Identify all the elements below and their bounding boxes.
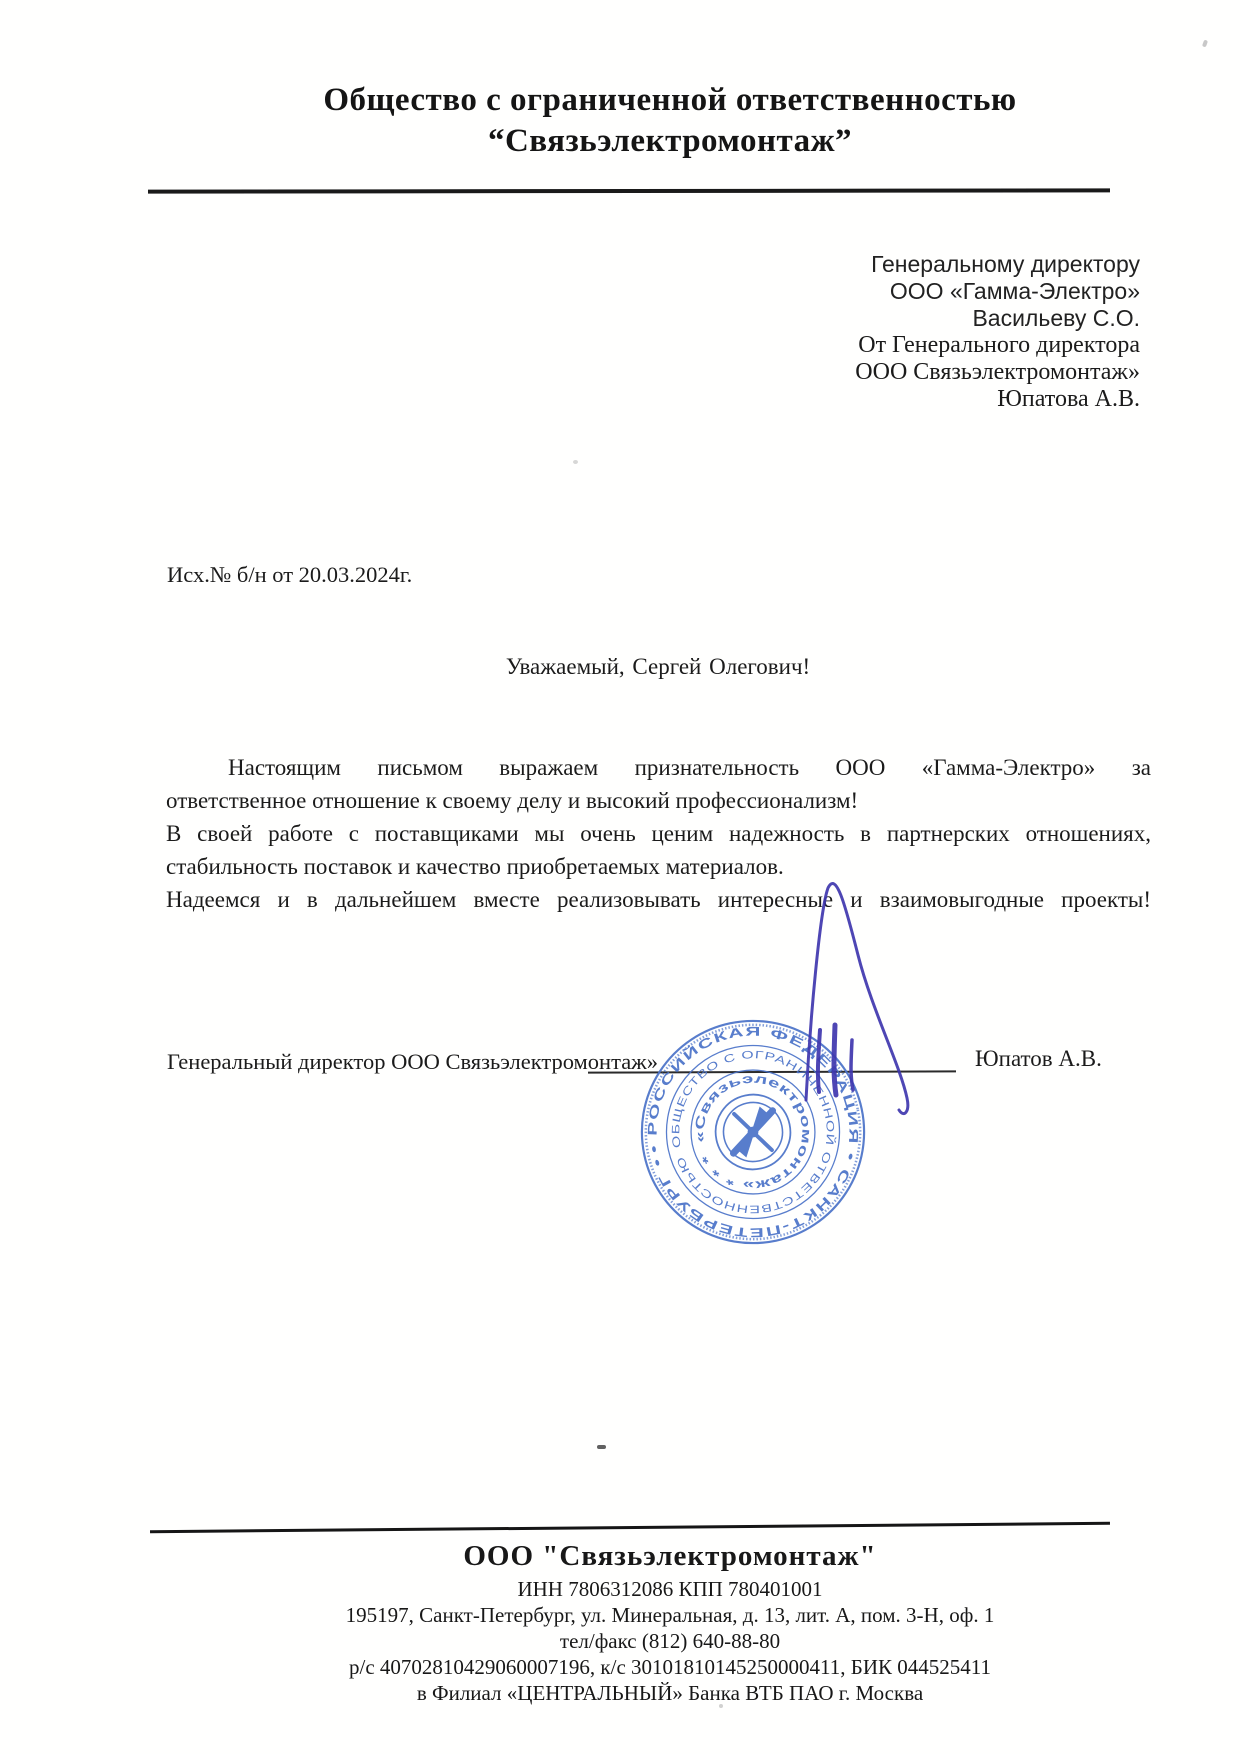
signature-stroke xyxy=(851,1040,853,1090)
stamp-center-emblem xyxy=(718,1097,788,1167)
salutation: Уважаемый, Сергей Олегович! xyxy=(166,654,1150,680)
body-line: Настоящим письмом выражаем признательнос… xyxy=(166,751,1151,784)
signature-stroke xyxy=(834,1025,836,1095)
footer-company-name: ООО "Связьэлектромонтаж" xyxy=(170,1539,1170,1573)
footer-divider-line xyxy=(150,1522,1110,1533)
recipient-from-line: Юпатова А.В. xyxy=(855,386,1140,413)
body-line: В своей работе с поставщиками мы очень ц… xyxy=(166,817,1151,850)
scan-artifact xyxy=(1202,40,1208,48)
recipient-from-line: От Генерального директора xyxy=(855,332,1140,359)
letterhead-title: Общество с ограниченной ответственностью… xyxy=(170,80,1170,162)
letter-body: Настоящим письмом выражаем признательнос… xyxy=(166,751,1151,916)
header-divider-line xyxy=(148,188,1110,193)
letterhead-line2: “Связьэлектромонтаж” xyxy=(170,121,1170,162)
scanned-letter-page: Общество с ограниченной ответственностью… xyxy=(0,0,1240,1754)
letterhead-line1: Общество с ограниченной ответственностью xyxy=(170,80,1170,121)
recipient-to-line: Генеральному директору xyxy=(855,251,1140,278)
recipient-block: Генеральному директору ООО «Гамма-Электр… xyxy=(855,251,1140,413)
footer-phone: тел/факс (812) 640-88-80 xyxy=(170,1628,1170,1654)
footer-block: ООО "Связьэлектромонтаж" ИНН 7806312086 … xyxy=(170,1539,1170,1706)
signatory-title: Генеральный директор ООО Связьэлектромон… xyxy=(167,1049,658,1075)
body-line: Надеемся и в дальнейшем вместе реализовы… xyxy=(166,883,1151,916)
scan-artifact xyxy=(573,460,578,464)
signature-stroke xyxy=(818,1030,820,1092)
signature-main-stroke xyxy=(806,884,908,1114)
signatory-name: Юпатов А.В. xyxy=(975,1046,1102,1072)
body-line: стабильность поставок и качество приобре… xyxy=(166,850,1151,883)
footer-bank-accounts: р/с 40702810429060007196, к/с 3010181014… xyxy=(170,1654,1170,1680)
outgoing-reference-line: Исх.№ б/н от 20.03.2024г. xyxy=(167,562,412,588)
footer-address: 195197, Санкт-Петербург, ул. Минеральная… xyxy=(170,1602,1170,1628)
body-line: ответственное отношение к своему делу и … xyxy=(166,784,1151,817)
scan-artifact xyxy=(597,1445,606,1449)
scan-artifact xyxy=(719,1704,723,1708)
footer-bank-name: в Филиал «ЦЕНТРАЛЬНЫЙ» Банка ВТБ ПАО г. … xyxy=(170,1680,1170,1706)
recipient-from-line: ООО Связьэлектромонтаж» xyxy=(855,359,1140,386)
recipient-to-line: Васильеву С.О. xyxy=(855,305,1140,332)
recipient-to-line: ООО «Гамма-Электро» xyxy=(855,278,1140,305)
footer-inn-kpp: ИНН 7806312086 КПП 780401001 xyxy=(170,1576,1170,1602)
handwritten-signature xyxy=(780,870,940,1125)
